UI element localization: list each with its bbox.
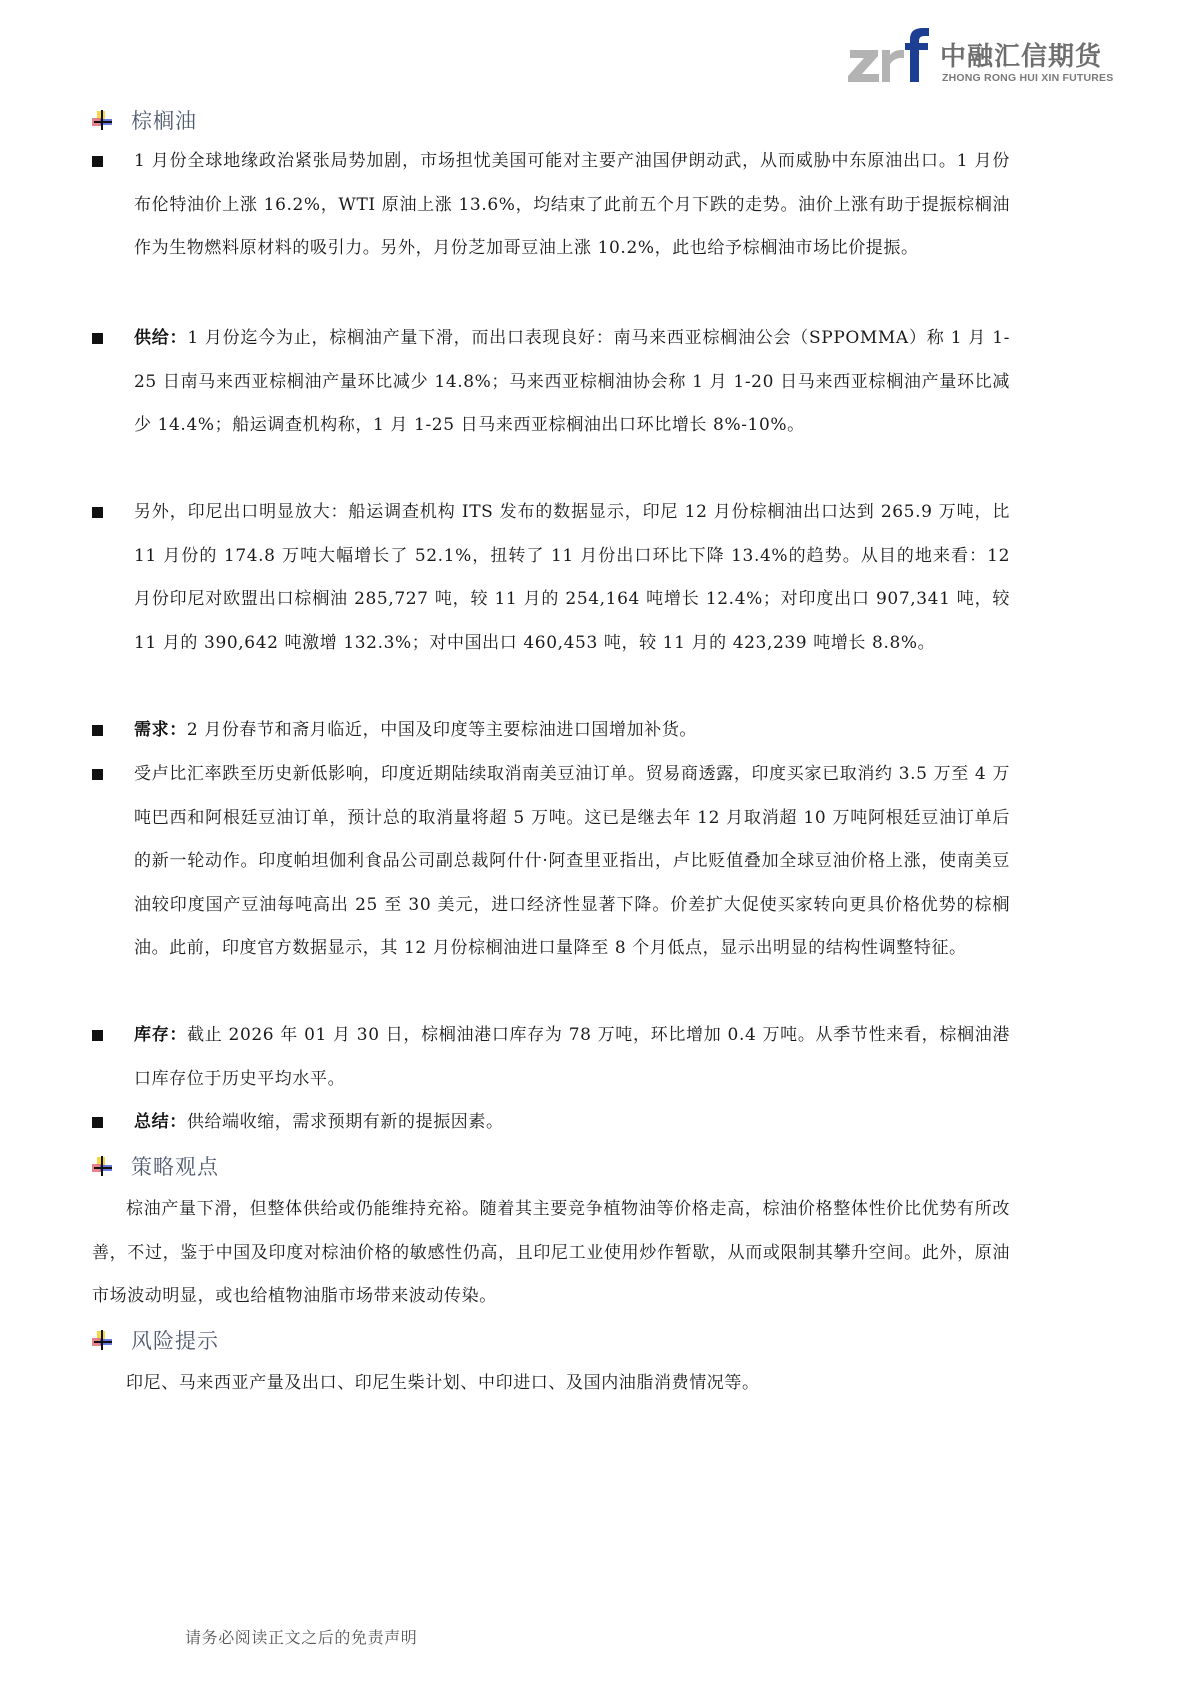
section-heading-palm-oil: 棕榈油 (92, 104, 197, 136)
section-bullet-icon (92, 109, 114, 131)
zrf-logo-mark-icon (848, 28, 938, 88)
square-bullet-icon (92, 156, 103, 167)
bullet-label: 库存： (134, 1025, 187, 1045)
company-logo: 中融汇信期货 ZHONG RONG HUI XIN FUTURES (848, 28, 1128, 88)
bullet-text: 受卢比汇率跌至历史新低影响，印度近期陆续取消南美豆油订单。贸易商透露，印度买家已… (134, 764, 1010, 958)
square-bullet-icon (92, 769, 103, 780)
section-bullet-icon (92, 1329, 114, 1351)
bullet-paragraph-indonesia-exports: 另外，印尼出口明显放大：船运调查机构 ITS 发布的数据显示，印尼 12 月份棕… (134, 491, 1010, 665)
bullet-paragraph-supply: 供给：1 月份迄今为止，棕榈油产量下滑，而出口表现良好：南马来西亚棕榈油公会（S… (134, 317, 1010, 448)
bullet-paragraph-india: 受卢比汇率跌至历史新低影响，印度近期陆续取消南美豆油订单。贸易商透露，印度买家已… (134, 753, 1010, 971)
bullet-label: 供给： (134, 328, 187, 348)
logo-english-name: ZHONG RONG HUI XIN FUTURES (942, 72, 1113, 84)
logo-chinese-name: 中融汇信期货 (940, 36, 1102, 73)
bullet-paragraph-summary: 总结：供给端收缩，需求预期有新的提振因素。 (134, 1101, 1010, 1145)
section-bullet-icon (92, 1155, 114, 1177)
bullet-text: 截止 2026 年 01 月 30 日，棕榈油港口库存为 78 万吨，环比增加 … (134, 1025, 1010, 1089)
bullet-text: 1 月份迄今为止，棕榈油产量下滑，而出口表现良好：南马来西亚棕榈油公会（SPPO… (134, 328, 1010, 435)
square-bullet-icon (92, 1117, 103, 1128)
bullet-text: 2 月份春节和斋月临近，中国及印度等主要棕油进口国增加补货。 (187, 720, 697, 740)
section-heading-risk: 风险提示 (92, 1324, 219, 1356)
bullet-label: 需求： (134, 720, 187, 740)
footer-disclaimer: 请务必阅读正文之后的免责声明 (185, 1625, 417, 1648)
bullet-label: 总结： (134, 1112, 187, 1132)
section-heading-strategy: 策略观点 (92, 1150, 219, 1182)
strategy-paragraph: 棕油产量下滑，但整体供给或仍能维持充裕。随着其主要竞争植物油等价格走高，棕油价格… (92, 1188, 1010, 1319)
bullet-text: 供给端收缩，需求预期有新的提振因素。 (187, 1112, 504, 1132)
bullet-text: 另外，印尼出口明显放大：船运调查机构 ITS 发布的数据显示，印尼 12 月份棕… (134, 502, 1010, 653)
section-title: 风险提示 (131, 1325, 219, 1355)
section-title: 策略观点 (131, 1151, 219, 1181)
bullet-paragraph-inventory: 库存：截止 2026 年 01 月 30 日，棕榈油港口库存为 78 万吨，环比… (134, 1014, 1010, 1101)
square-bullet-icon (92, 725, 103, 736)
square-bullet-icon (92, 1030, 103, 1041)
bullet-text: 1 月份全球地缘政治紧张局势加剧，市场担忧美国可能对主要产油国伊朗动武，从而威胁… (134, 151, 1010, 258)
risk-paragraph: 印尼、马来西亚产量及出口、印尼生柴计划、中印进口、及国内油脂消费情况等。 (92, 1362, 1010, 1406)
square-bullet-icon (92, 507, 103, 518)
bullet-paragraph-demand: 需求：2 月份春节和斋月临近，中国及印度等主要棕油进口国增加补货。 (134, 709, 1010, 753)
square-bullet-icon (92, 333, 103, 344)
bullet-paragraph: 1 月份全球地缘政治紧张局势加剧，市场担忧美国可能对主要产油国伊朗动武，从而威胁… (134, 140, 1010, 271)
section-title: 棕榈油 (131, 105, 197, 135)
